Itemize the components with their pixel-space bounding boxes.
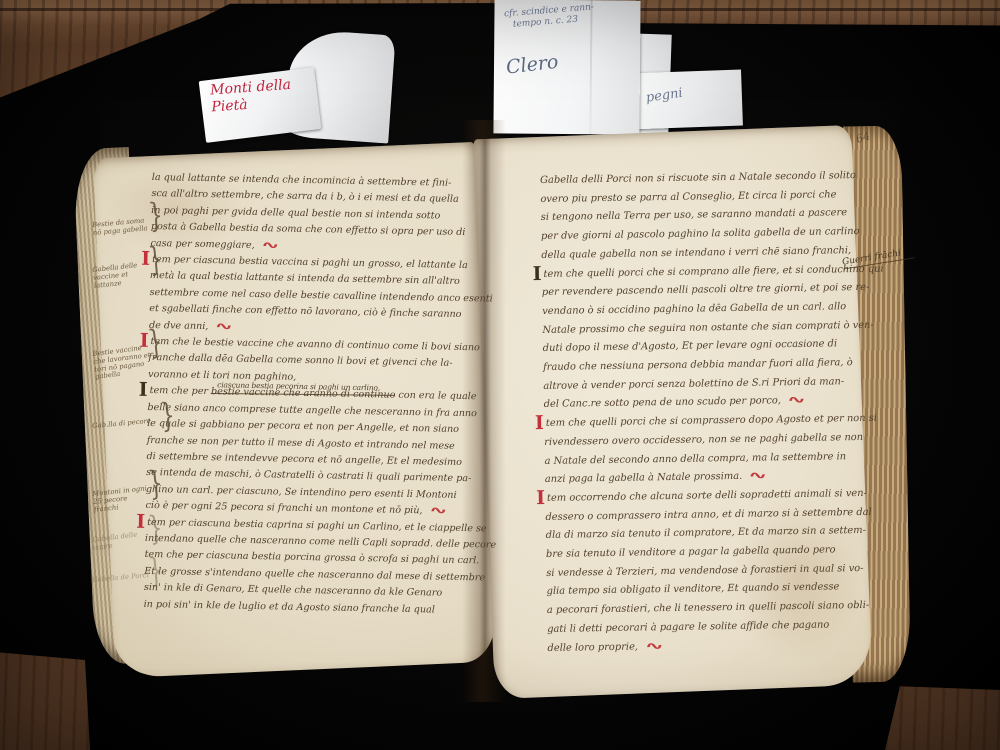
pegni-tab-label: pegni [645, 86, 684, 106]
margin-brace: } [148, 337, 163, 350]
clero-tab-label: Clero [505, 51, 560, 79]
margin-brace: } [148, 523, 163, 536]
red-flourish-icon: ∿ [260, 237, 281, 255]
red-flourish-icon: ∿ [747, 467, 770, 488]
right-page-text: Gabella delli Porci non si riscuote sin … [540, 167, 894, 659]
item-paragraph-initial: I [139, 385, 148, 395]
item-paragraph-initial: I [535, 418, 544, 428]
item-paragraph-initial: I [536, 493, 545, 503]
bookmark-tab-clero: cfr. scindice e rann- tempo n. c. 23 Cle… [493, 0, 640, 135]
manuscript-photograph: Monti della Pietà pegni cfr. scindice e … [0, 0, 1000, 750]
margin-brace: } [148, 211, 163, 224]
margin-brace: } [160, 411, 175, 424]
left-page-text: la qual lattante se intenda che incominc… [143, 170, 487, 619]
item-paragraph-initial: I [136, 516, 145, 526]
red-flourish-icon: ∿ [214, 318, 235, 336]
monti-tab-label: Monti della Pietà [199, 70, 317, 117]
margin-brace: } [148, 566, 163, 579]
margin-brace: } [148, 255, 163, 268]
pencil-reference-note: cfr. scindice e rann- tempo n. c. 23 [504, 2, 596, 31]
red-flourish-icon: ∿ [643, 637, 666, 658]
interlinear-insertion: ciascuna bestia pecorina si paghi un car… [217, 378, 380, 398]
red-flourish-icon: ∿ [428, 503, 449, 521]
margin-brace: } [148, 479, 163, 492]
item-paragraph-initial: I [533, 269, 542, 279]
red-flourish-icon: ∿ [786, 391, 809, 412]
